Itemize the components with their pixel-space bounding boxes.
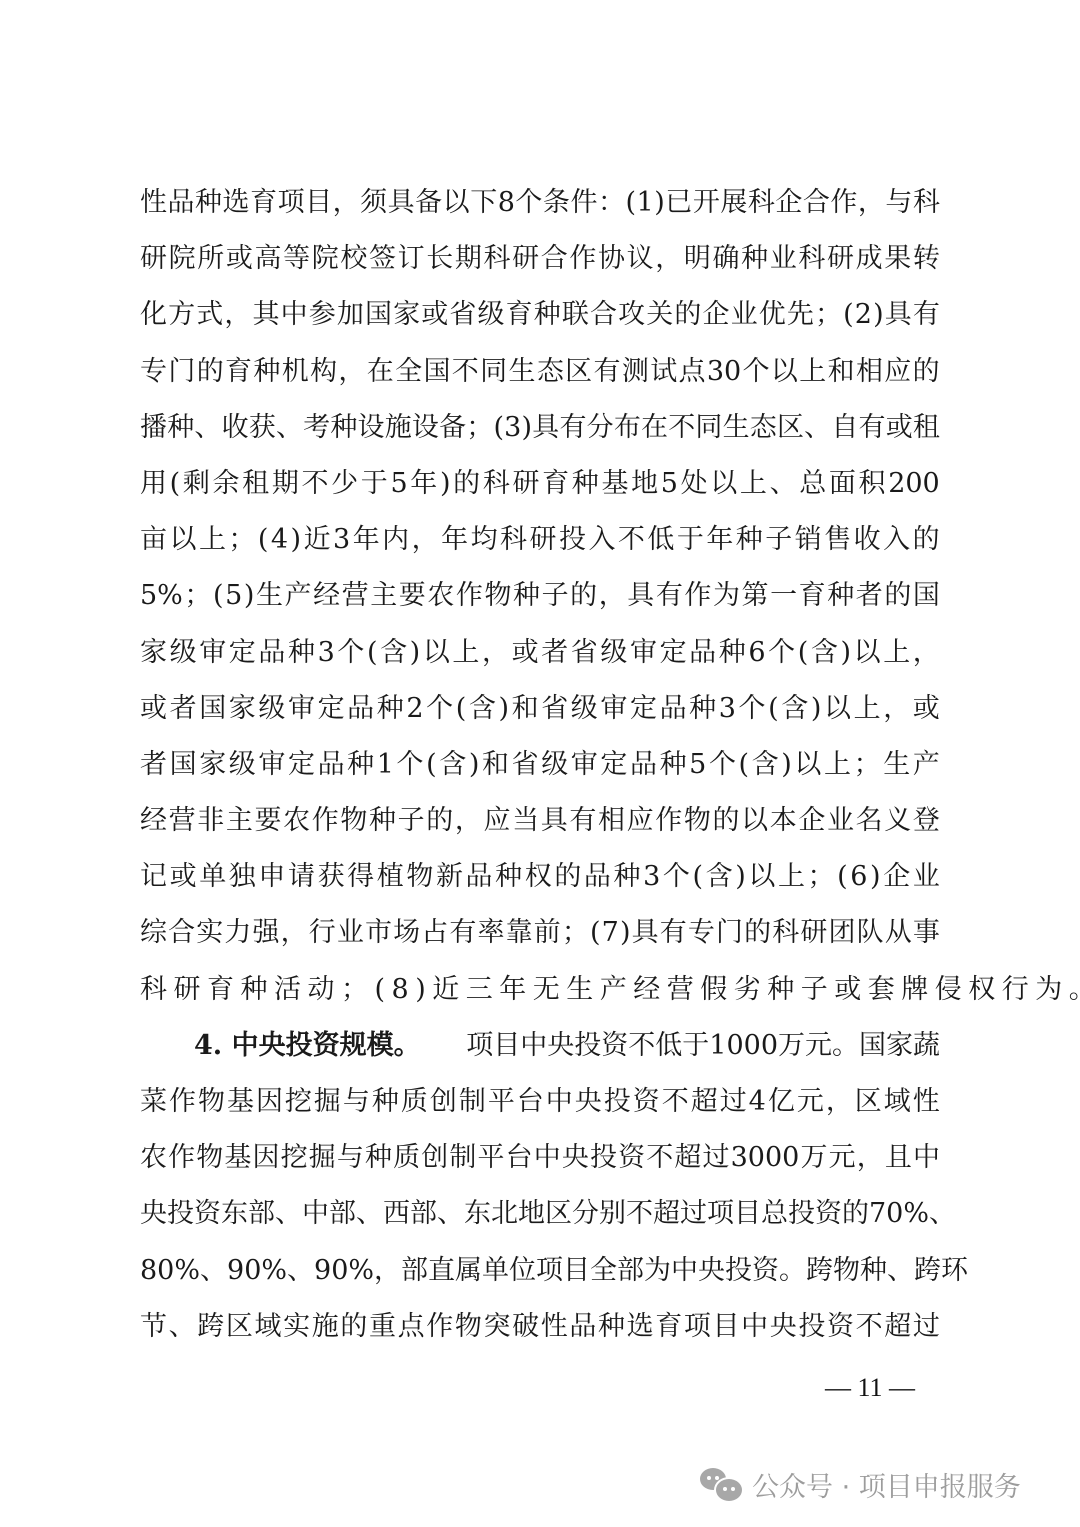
body-text: 性品种选育项目，须具备以下8个条件：(1)已开展科企合作，与科 研院所或高等院校… xyxy=(140,175,940,1355)
text-line: 播种、收获、考种设施设备；(3)具有分布在不同生态区、自有或租 xyxy=(140,400,940,456)
text-line: 经营非主要农作物种子的，应当具有相应作物的以本企业名义登 xyxy=(140,793,940,849)
text-line: 记或单独申请获得植物新品种权的品种3个(含)以上；(6)企业 xyxy=(140,849,940,905)
text-line: 家级审定品种3个(含)以上，或者省级审定品种6个(含)以上， xyxy=(140,625,940,681)
text-line: 综合实力强，行业市场占有率靠前；(7)具有专门的科研团队从事 xyxy=(140,905,940,961)
page-number: — 11 — xyxy=(810,1373,930,1403)
text-line: 央投资东部、中部、西部、东北地区分别不超过项目总投资的70%、 xyxy=(140,1186,940,1242)
watermark: 公众号 · 项目申报服务 xyxy=(700,1465,1021,1504)
text-line: 亩以上；(4)近3年内，年均科研投入不低于年种子销售收入的 xyxy=(140,512,940,568)
text-line: 5%；(5)生产经营主要农作物种子的，具有作为第一育种者的国 xyxy=(140,568,940,624)
section-4-first-line: 4. 中央投资规模。项目中央投资不低于1000万元。国家蔬 xyxy=(140,1018,940,1074)
text-line: 节、跨区域实施的重点作物突破性品种选育项目中央投资不超过 xyxy=(140,1299,940,1355)
watermark-text: 公众号 · 项目申报服务 xyxy=(752,1465,1021,1504)
text-line: 专门的育种机构，在全国不同生态区有测试点30个以上和相应的 xyxy=(140,344,940,400)
document-page: 性品种选育项目，须具备以下8个条件：(1)已开展科企合作，与科 研院所或高等院校… xyxy=(0,0,1080,1527)
text-line: 用(剩余租期不少于5年)的科研育种基地5处以上、总面积200 xyxy=(140,456,940,512)
text-line: 或者国家级审定品种2个(含)和省级审定品种3个(含)以上，或 xyxy=(140,681,940,737)
text-line: 者国家级审定品种1个(含)和省级审定品种5个(含)以上；生产 xyxy=(140,737,940,793)
text-line: 研院所或高等院校签订长期科研合作协议，明确种业科研成果转 xyxy=(140,231,940,287)
text-line: 科研育种活动；(8)近三年无生产经营假劣种子或套牌侵权行为。 xyxy=(140,962,940,1018)
wechat-icon xyxy=(700,1468,742,1502)
text-line: 性品种选育项目，须具备以下8个条件：(1)已开展科企合作，与科 xyxy=(140,175,940,231)
section-4-text: 项目中央投资不低于1000万元。国家蔬 xyxy=(466,1018,940,1074)
text-line: 80%、90%、90%，部直属单位项目全部为中央投资。跨物种、跨环 xyxy=(140,1243,940,1299)
text-line: 化方式，其中参加国家或省级育种联合攻关的企业优先；(2)具有 xyxy=(140,287,940,343)
text-line: 农作物基因挖掘与种质创制平台中央投资不超过3000万元，且中 xyxy=(140,1130,940,1186)
section-4-heading: 4. 中央投资规模。 xyxy=(194,1018,421,1074)
text-line: 菜作物基因挖掘与种质创制平台中央投资不超过4亿元，区域性 xyxy=(140,1074,940,1130)
